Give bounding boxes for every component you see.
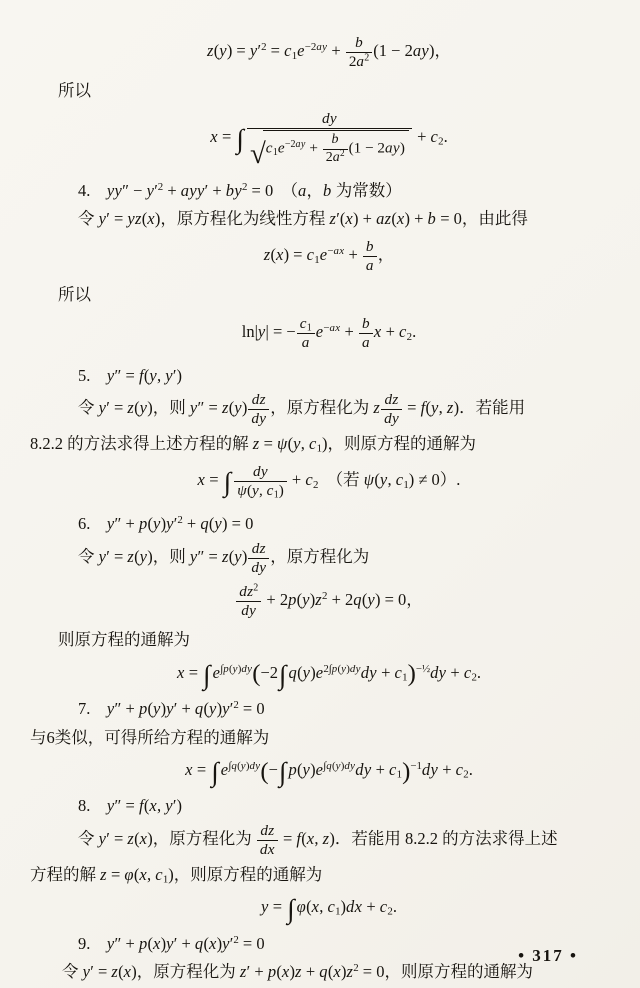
- display-formula-z-of-x: z(x) = c1e−ax + ba，: [58, 239, 600, 274]
- display-formula-x-integral-sqrt: x = ∫dy√c1e−2ay + b2a2(1 − 2ay) + c2.: [58, 111, 600, 165]
- display-formula-ln-y: ln|y| = −c1ae−ax + bax + c2.: [58, 316, 600, 351]
- item-5-substitution: 令 y′ = z(y)，则 y″ = z(y)dzdy，原方程化为 zdzdy …: [78, 392, 600, 427]
- display-formula-dz-squared: dz2dy + 2p(y)z2 + 2q(y) = 0，: [58, 584, 600, 619]
- text-therefore-2: 所以: [58, 283, 600, 306]
- display-formula-y-integral-phi: y = ∫φ(x, c1)dx + c2.: [58, 895, 600, 918]
- display-formula-general-solution-6: x = ∫e∫p(y)dy(−2∫q(y)e2∫p(y)dydy + c1)−½…: [58, 661, 600, 684]
- item-8-solution-text: 方程的解 z = φ(x, c1)，则原方程的通解为: [30, 863, 600, 886]
- page-number: • 317 •: [518, 946, 578, 966]
- item-5-method-text: 8.2.2 的方法求得上述方程的解 z = ψ(y, c1)，则原方程的通解为: [30, 432, 600, 455]
- item-6-substitution: 令 y′ = z(y)，则 y″ = z(y)dzdy，原方程化为: [78, 541, 600, 576]
- item-8-substitution: 令 y′ = z(x)，原方程化为 dzdx = f(x, z)．若能用 8.2…: [78, 823, 600, 858]
- item-6-general-solution-text: 则原方程的通解为: [58, 628, 600, 651]
- display-formula-x-integral-psi: x = ∫dyψ(y, c1) + c2 （若 ψ(y, c1) ≠ 0）.: [58, 464, 600, 499]
- display-formula-z-of-y: z(y) = y′2 = c1e−2ay + b2a2(1 − 2ay)，: [58, 35, 600, 70]
- item-6-equation: 6. y″ + p(y)y′2 + q(y) = 0: [78, 512, 600, 535]
- item-4-substitution: 令 y′ = yz(x)，原方程化为线性方程 z′(x) + az(x) + b…: [78, 207, 600, 230]
- item-5-equation: 5. y″ = f(y, y′): [78, 364, 600, 387]
- text-therefore-1: 所以: [58, 79, 600, 102]
- item-7-analogy-text: 与6类似，可得所给方程的通解为: [30, 726, 600, 749]
- item-4-equation: 4. yy″ − y′2 + ayy′ + by2 = 0 （a，b 为常数）: [78, 179, 600, 202]
- scanned-textbook-page: z(y) = y′2 = c1e−2ay + b2a2(1 − 2ay)， 所以…: [0, 0, 640, 988]
- display-formula-general-solution-7: x = ∫e∫q(y)dy(−∫p(y)e∫q(y)dydy + c1)−1dy…: [58, 758, 600, 781]
- item-8-equation: 8. y″ = f(x, y′): [78, 794, 600, 817]
- item-7-equation: 7. y″ + p(y)y′ + q(y)y′2 = 0: [78, 697, 600, 720]
